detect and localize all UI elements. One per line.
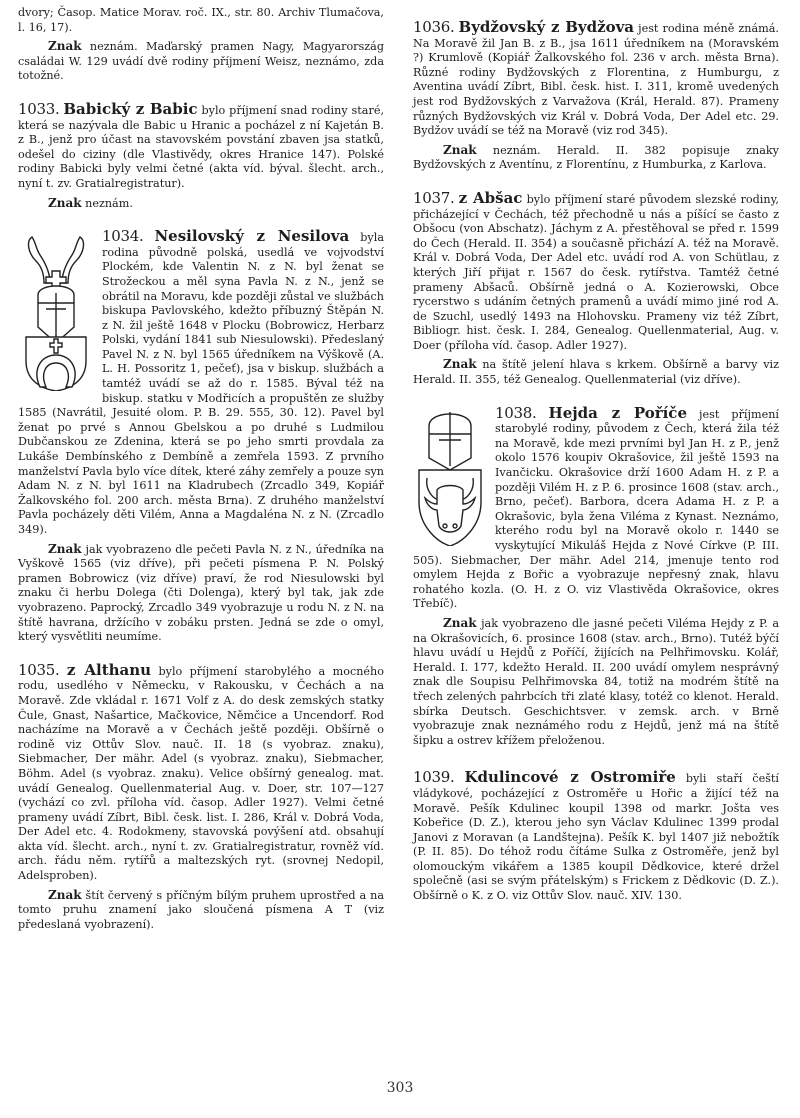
entry-text: 1039. Kdulincové z Ostromiře byli staří … [413, 770, 779, 903]
entry-1034: 1034. Nesilovský z Nesilova [18, 229, 384, 645]
left-column: dvory; Časop. Matice Morav. roč. IX., st… [18, 6, 384, 932]
znak-paragraph: Znak jak vyobrazeno dle pečeti Pavla N. … [18, 542, 384, 645]
entry-title: Hejda z Poříče [549, 404, 687, 422]
znak-label: Znak [48, 888, 82, 902]
entry-1036: 1036. Bydžovský z Bydžova jest rodina mé… [413, 20, 779, 173]
entry-number: 1034. [102, 227, 143, 245]
right-column: 1036. Bydžovský z Bydžova jest rodina mé… [413, 20, 779, 904]
znak-paragraph: Znak na štítě jelení hlava s krkem. Obší… [413, 357, 779, 387]
znak-label: Znak [443, 143, 477, 157]
entry-title: Kdulincové z Ostromiře [464, 768, 675, 786]
entry-text: 1035. z Althanu bylo příjmení starobyléh… [18, 663, 384, 884]
coat-of-arms-hejda-icon [417, 408, 483, 551]
entry-number: 1039. [413, 768, 454, 786]
entry-title: z Abšac [459, 189, 523, 207]
znak-paragraph: Znak neznám. [18, 196, 384, 212]
znak-label: Znak [48, 196, 82, 210]
continuation-znak-paragraph: Znak neznám. Maďarský pramen Nagy, Magya… [18, 39, 384, 84]
znak-paragraph: Znak jak vyobrazeno dle jasné pečeti Vil… [413, 616, 779, 748]
entry-number: 1036. [413, 18, 454, 36]
znak-label: Znak [443, 357, 477, 371]
entry-title: Babický z Babic [63, 100, 197, 118]
entry-number: 1035. [18, 661, 59, 679]
entry-1035: 1035. z Althanu bylo příjmení starobyléh… [18, 663, 384, 933]
znak-paragraph: Znak štít červený s příčným bílým pruhem… [18, 888, 384, 933]
entry-text: 1038. Hejda z Poříče [413, 406, 779, 612]
entry-title: z Althanu [67, 661, 151, 679]
entry-number: 1038. [495, 404, 536, 422]
znak-label: Znak [48, 39, 82, 53]
znak-label: Znak [48, 542, 82, 556]
entry-text: 1034. Nesilovský z Nesilova [18, 229, 384, 537]
page-number: 303 [0, 1080, 800, 1096]
znak-paragraph: Znak neznám. Herald. II. 382 popisuje zn… [413, 143, 779, 173]
entry-number: 1037. [413, 189, 454, 207]
entry-text: 1033. Babický z Babic bylo příjmení snad… [18, 102, 384, 192]
coat-of-arms-nesilovsky-icon [22, 231, 90, 396]
entry-title: Bydžovský z Bydžova [459, 18, 635, 36]
entry-title: Nesilovský z Nesilova [154, 227, 349, 245]
entry-text: 1037. z Abšac bylo příjmení staré původe… [413, 191, 779, 354]
entry-1037: 1037. z Abšac bylo příjmení staré původe… [413, 191, 779, 388]
entry-1033: 1033. Babický z Babic bylo příjmení snad… [18, 102, 384, 211]
continuation-paragraph: dvory; Časop. Matice Morav. roč. IX., st… [18, 6, 384, 35]
entry-number: 1033. [18, 100, 59, 118]
entry-text: 1036. Bydžovský z Bydžova jest rodina mé… [413, 20, 779, 139]
entry-1039: 1039. Kdulincové z Ostromiře byli staří … [413, 770, 779, 903]
znak-label: Znak [443, 616, 477, 630]
entry-1038: 1038. Hejda z Poříče [413, 406, 779, 749]
